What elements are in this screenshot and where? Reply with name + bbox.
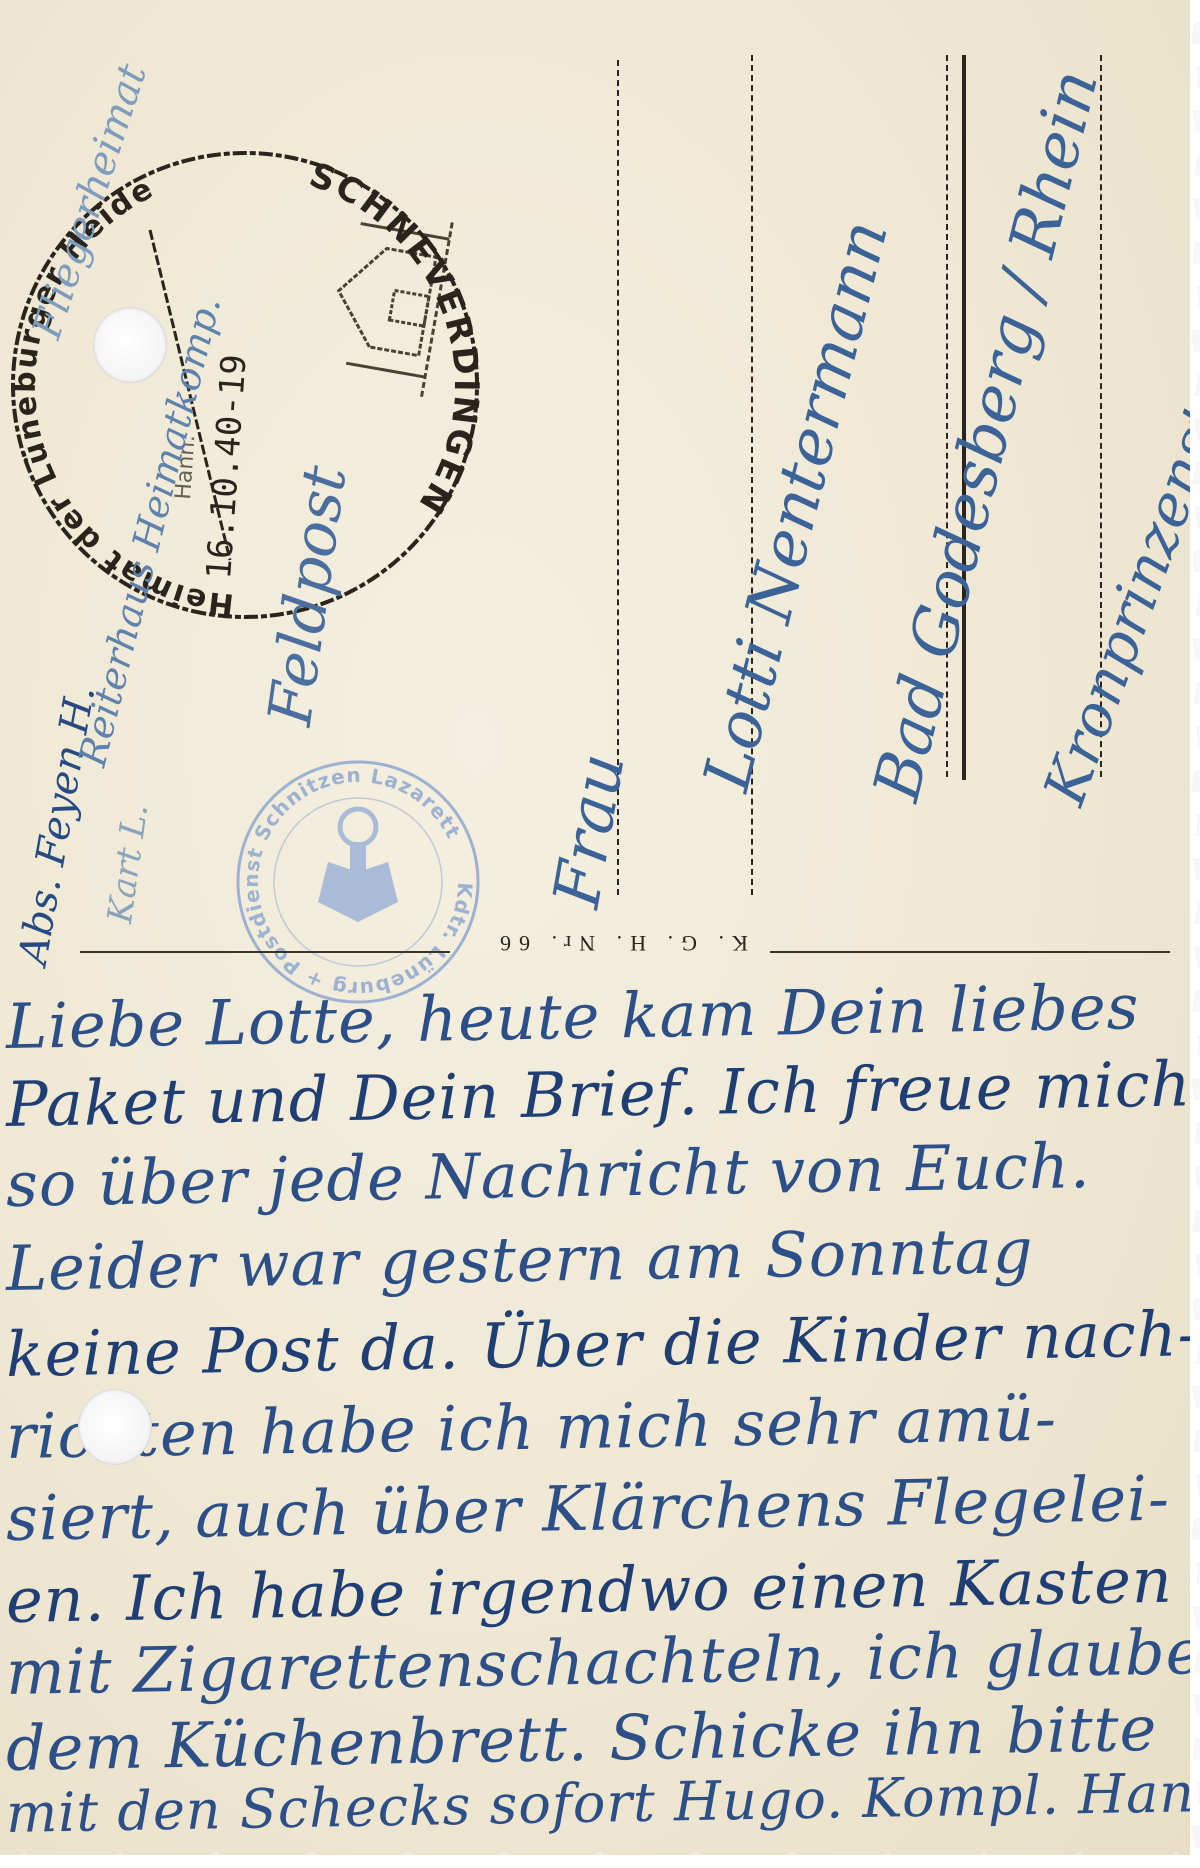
punch-hole-top: [93, 307, 167, 383]
message-line-4: Leider war gestern am Sonntag: [5, 1214, 1034, 1305]
address-street: Kronprinzenstr. 1: [1030, 306, 1190, 813]
divider-left: [80, 951, 450, 953]
sender-line-4: Kart L.: [100, 801, 156, 925]
divider-right: [770, 951, 1170, 953]
message-line-2: Paket und Dein Brief. Ich freue mich: [5, 1047, 1190, 1141]
message-line-1: Liebe Lotte, heute kam Dein liebes: [5, 970, 1140, 1063]
form-code: K. G. H. Nr. 66: [470, 930, 770, 956]
message-line-3: so über jede Nachricht von Euch.: [5, 1129, 1091, 1221]
address-name: Lotti Nentermann: [690, 213, 903, 797]
eagle-emblem-icon: [318, 809, 398, 922]
seal-stamp: Kdtr. Lüneburg + Postdienst Schnitzen La…: [228, 752, 488, 1012]
postcard: SCHNEVERDINGEN Heimat der Lüneburger Hei…: [0, 0, 1190, 1855]
message-line-5: keine Post da. Über die Kinder nach-: [5, 1297, 1190, 1391]
punch-hole-bottom: [78, 1389, 152, 1465]
message-line-6: richten habe ich mich sehr amü-: [5, 1382, 1057, 1473]
address-salutation: Frau: [540, 748, 640, 913]
message-line-7: siert, auch über Klärchens Flegelei-: [5, 1462, 1170, 1555]
